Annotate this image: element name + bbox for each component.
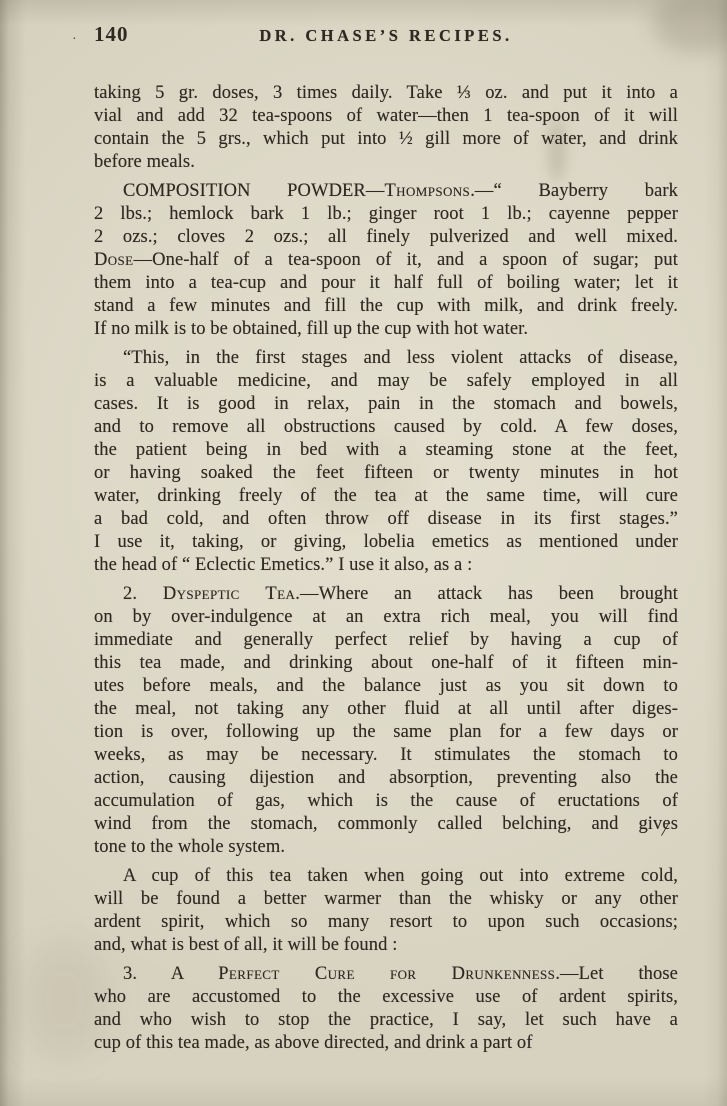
text-line: 2 lbs.; hemlock bark 1 lb.; ginger root … bbox=[94, 203, 678, 226]
text-line: cases. It is good in relax, pain in the … bbox=[94, 393, 678, 416]
text-line: action, causing dijestion and absorption… bbox=[94, 767, 678, 790]
text-segment: and, what is best of all, it will be fou… bbox=[94, 935, 397, 955]
text-segment: immediate and generally perfect relief b… bbox=[94, 630, 678, 650]
text-segment: cup of this tea made, as above directed,… bbox=[94, 1033, 533, 1053]
text-line: COMPOSITION POWDER—Thompsons.—“ Bayberry… bbox=[94, 180, 678, 203]
text-line: weeks, as may be necessary. It stimulate… bbox=[94, 744, 678, 767]
paragraph: COMPOSITION POWDER—Thompsons.—“ Bayberry… bbox=[94, 180, 678, 341]
text-segment: I use it, taking, or giving, lobelia eme… bbox=[94, 532, 678, 552]
text-line: 3. A Perfect Cure for Drunkenness.—Let t… bbox=[94, 963, 678, 986]
text-segment: the patient being in bed with a steaming… bbox=[94, 440, 678, 460]
small-caps-text: Dose bbox=[94, 250, 134, 270]
text-line: stand a few minutes and fill the cup wit… bbox=[94, 295, 678, 318]
text-line: contain the 5 grs., which put into ½ gil… bbox=[94, 128, 678, 151]
text-segment: water, drinking freely of the tea at the… bbox=[94, 486, 678, 506]
text-segment: utes before meals, and the balance just … bbox=[94, 676, 678, 696]
text-line: I use it, taking, or giving, lobelia eme… bbox=[94, 531, 678, 554]
paragraph: A cup of this tea taken when going out i… bbox=[94, 865, 678, 957]
text-segment: 3. A bbox=[123, 964, 218, 984]
text-segment: .—“ Bayberry bark bbox=[470, 181, 678, 201]
text-line: a bad cold, and often throw off disease … bbox=[94, 508, 678, 531]
text-segment: wind from the stomach, commonly called b… bbox=[94, 814, 678, 834]
text-segment: a bad cold, and often throw off disease … bbox=[94, 509, 678, 529]
small-caps-text: Thompsons bbox=[384, 181, 470, 201]
text-segment: ardent spirit, which so many resort to u… bbox=[94, 912, 678, 932]
text-line: and who wish to stop the practice, I say… bbox=[94, 1009, 678, 1032]
text-segment: will be found a better warmer than the w… bbox=[94, 889, 678, 909]
text-line: 2. Dyspeptic Tea.—Where an attack has be… bbox=[94, 583, 678, 606]
text-segment: them into a tea-cup and pour it half ful… bbox=[94, 273, 678, 293]
text-line: “This, in the first stages and less viol… bbox=[94, 347, 678, 370]
text-segment: tion is over, following up the same plan… bbox=[94, 722, 678, 742]
text-line: tion is over, following up the same plan… bbox=[94, 721, 678, 744]
text-line: water, drinking freely of the tea at the… bbox=[94, 485, 678, 508]
text-segment: If no milk is to be obtained, fill up th… bbox=[94, 319, 528, 339]
text-line: before meals. bbox=[94, 151, 678, 174]
text-line: immediate and generally perfect relief b… bbox=[94, 629, 678, 652]
small-caps-text: Perfect Cure for Drunkenness bbox=[218, 964, 555, 984]
text-segment: action, causing dijestion and absorption… bbox=[94, 768, 678, 788]
text-line: If no milk is to be obtained, fill up th… bbox=[94, 318, 678, 341]
page-header: · 140 DR. CHASE’S RECIPES. bbox=[94, 22, 678, 56]
text-line: who are accustomed to the excessive use … bbox=[94, 986, 678, 1009]
text-segment: .—Where an attack has been brought bbox=[295, 584, 678, 604]
text-segment: taking 5 gr. doses, 3 times daily. Take … bbox=[94, 83, 678, 103]
text-segment: tone to the whole system. bbox=[94, 837, 285, 857]
text-line: is a valuable medicine, and may be safel… bbox=[94, 370, 678, 393]
paragraph: 2. Dyspeptic Tea.—Where an attack has be… bbox=[94, 583, 678, 859]
text-line: cup of this tea made, as above directed,… bbox=[94, 1032, 678, 1055]
running-title: DR. CHASE’S RECIPES. bbox=[94, 26, 678, 46]
text-line: utes before meals, and the balance just … bbox=[94, 675, 678, 698]
paragraph: “This, in the first stages and less viol… bbox=[94, 347, 678, 577]
text-line: tone to the whole system. bbox=[94, 836, 678, 859]
text-segment: vial and add 32 tea-spoons of water—then… bbox=[94, 106, 678, 126]
text-segment: contain the 5 grs., which put into ½ gil… bbox=[94, 129, 678, 149]
text-line: vial and add 32 tea-spoons of water—then… bbox=[94, 105, 678, 128]
text-segment: stand a few minutes and fill the cup wit… bbox=[94, 296, 678, 316]
book-page-scan: { "page": { "number": "140", "margin_mar… bbox=[0, 0, 727, 1106]
text-segment: and who wish to stop the practice, I say… bbox=[94, 1010, 678, 1030]
text-segment: the head of “ Eclectic Emetics.” I use i… bbox=[94, 555, 472, 575]
text-segment: 2. bbox=[123, 584, 163, 604]
text-line: the meal, not taking any other fluid at … bbox=[94, 698, 678, 721]
text-block: taking 5 gr. doses, 3 times daily. Take … bbox=[94, 82, 678, 1061]
text-segment: “This, in the first stages and less viol… bbox=[123, 348, 678, 368]
text-segment: cases. It is good in relax, pain in the … bbox=[94, 394, 678, 414]
text-line: Dose—One-half of a tea-spoon of it, and … bbox=[94, 249, 678, 272]
text-line: or having soaked the feet fifteen or twe… bbox=[94, 462, 678, 485]
margin-speck: · bbox=[72, 32, 77, 48]
text-segment: COMPOSITION POWDER— bbox=[123, 181, 384, 201]
text-line: the patient being in bed with a steaming… bbox=[94, 439, 678, 462]
text-segment: who are accustomed to the excessive use … bbox=[94, 987, 678, 1007]
text-line: will be found a better warmer than the w… bbox=[94, 888, 678, 911]
text-segment: before meals. bbox=[94, 152, 195, 172]
small-caps-text: Dyspeptic Tea bbox=[163, 584, 295, 604]
text-segment: or having soaked the feet fifteen or twe… bbox=[94, 463, 678, 483]
text-line: ardent spirit, which so many resort to u… bbox=[94, 911, 678, 934]
text-line: accumulation of gas, which is the cause … bbox=[94, 790, 678, 813]
text-line: 2 ozs.; cloves 2 ozs.; all finely pulver… bbox=[94, 226, 678, 249]
text-segment: and to remove all obstructions caused by… bbox=[94, 417, 678, 437]
text-segment: the meal, not taking any other fluid at … bbox=[94, 699, 678, 719]
text-segment: —One-half of a tea-spoon of it, and a sp… bbox=[134, 250, 678, 270]
text-segment: 2 ozs.; cloves 2 ozs.; all finely pulver… bbox=[94, 227, 678, 247]
text-segment: A cup of this tea taken when going out i… bbox=[123, 866, 678, 886]
paragraph: taking 5 gr. doses, 3 times daily. Take … bbox=[94, 82, 678, 174]
text-line: on by over-indulgence at an extra rich m… bbox=[94, 606, 678, 629]
text-segment: this tea made, and drinking about one-ha… bbox=[94, 653, 678, 673]
text-line: wind from the stomach, commonly called b… bbox=[94, 813, 678, 836]
text-line: this tea made, and drinking about one-ha… bbox=[94, 652, 678, 675]
text-line: taking 5 gr. doses, 3 times daily. Take … bbox=[94, 82, 678, 105]
text-line: and to remove all obstructions caused by… bbox=[94, 416, 678, 439]
text-segment: 2 lbs.; hemlock bark 1 lb.; ginger root … bbox=[94, 204, 678, 224]
text-line: A cup of this tea taken when going out i… bbox=[94, 865, 678, 888]
text-segment: .—Let those bbox=[555, 964, 678, 984]
text-line: and, what is best of all, it will be fou… bbox=[94, 934, 678, 957]
paragraph: 3. A Perfect Cure for Drunkenness.—Let t… bbox=[94, 963, 678, 1055]
text-segment: is a valuable medicine, and may be safel… bbox=[94, 371, 678, 391]
text-segment: accumulation of gas, which is the cause … bbox=[94, 791, 678, 811]
text-line: them into a tea-cup and pour it half ful… bbox=[94, 272, 678, 295]
text-segment: on by over-indulgence at an extra rich m… bbox=[94, 607, 678, 627]
text-segment: weeks, as may be necessary. It stimulate… bbox=[94, 745, 678, 765]
text-line: the head of “ Eclectic Emetics.” I use i… bbox=[94, 554, 678, 577]
